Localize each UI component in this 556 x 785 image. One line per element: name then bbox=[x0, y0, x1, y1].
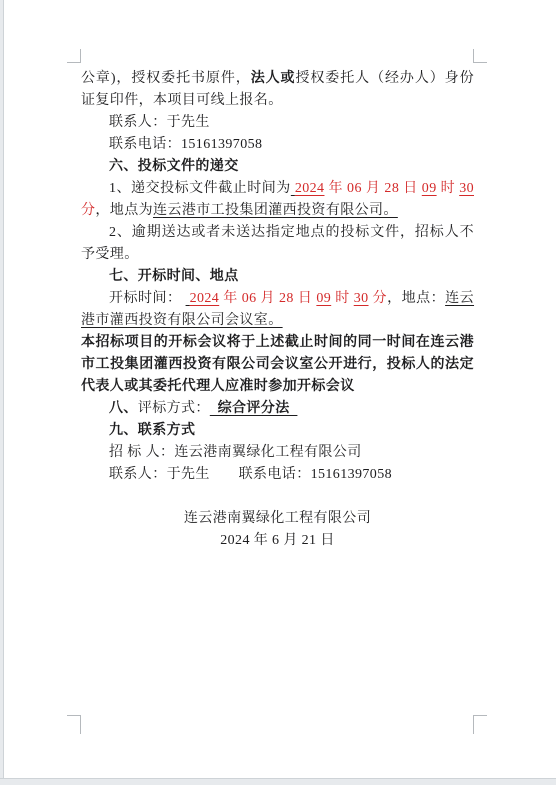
margin-mark-top-right bbox=[473, 49, 487, 63]
text-run: 七、开标时间、地点 bbox=[109, 269, 239, 284]
page-edge-bottom bbox=[0, 778, 556, 785]
text-run: 2024 bbox=[190, 291, 220, 306]
heading-section-seven: 七、开标时间、地点 bbox=[81, 266, 474, 288]
text-run: 法人或 bbox=[251, 71, 296, 86]
spacer-line bbox=[81, 486, 474, 508]
text-run: 连云港市工投集团灌西投资有限公司。 bbox=[153, 203, 398, 218]
para-tenderer: 招 标 人：连云港南翼绿化工程有限公司 bbox=[81, 442, 474, 464]
text-run: 时 bbox=[437, 181, 460, 196]
para-submission-deadline: 1、递交投标文件截止时间为 2024 年 06 月 28 日 09 时 30 分… bbox=[81, 178, 474, 222]
para-evaluation-method: 八、评标方式： 综合评分法 bbox=[81, 398, 474, 420]
signature-date: 2024 年 6 月 21 日 bbox=[81, 530, 474, 552]
text-run: 评标方式： bbox=[138, 401, 210, 416]
margin-mark-top-left bbox=[67, 49, 81, 63]
text-run: 六、投标文件的递交 bbox=[109, 159, 239, 174]
text-run: 年 06 月 28 日 bbox=[324, 181, 421, 196]
signature-company: 连云港南翼绿化工程有限公司 bbox=[81, 508, 474, 530]
para-contact-person: 联系人：于先生 bbox=[81, 112, 474, 134]
text-run: 八、 bbox=[109, 401, 138, 416]
text-run: 分 bbox=[81, 203, 95, 218]
heading-section-nine: 九、联系方式 bbox=[81, 420, 474, 442]
text-run: 开标时间： bbox=[109, 291, 182, 306]
margin-mark-bottom-right bbox=[473, 715, 487, 734]
text-run: 30 bbox=[459, 181, 474, 196]
text-run: 30 bbox=[354, 291, 369, 306]
text-run: 九、联系方式 bbox=[109, 423, 195, 438]
page-edge-left bbox=[0, 0, 4, 785]
text-run: 2024 年 6 月 21 日 bbox=[220, 533, 335, 548]
para-opening-meeting-notice: 本招标项目的开标会议将于上述截止时间的同一时间在连云港市工投集团灌西投资有限公司… bbox=[81, 332, 474, 398]
text-run: 综合评分法 bbox=[210, 401, 298, 416]
para-contact-phone: 联系电话：15161397058 bbox=[81, 134, 474, 156]
text-run: 联系人：于先生 联系电话：15161397058 bbox=[109, 467, 392, 482]
text-run: 本招标项目的开标会议将于上述截止时间的同一时间在连云港市工投集团灌西投资有限公司… bbox=[81, 335, 474, 394]
para-overdue-rejection: 2、逾期送达或者未送达指定地点的投标文件，招标人不予受理。 bbox=[81, 222, 474, 266]
text-run: 公章)，授权委托书原件， bbox=[81, 71, 251, 86]
text-run: ，地点为 bbox=[95, 203, 153, 218]
text-run: 09 bbox=[422, 181, 437, 196]
text-run: 联系人：于先生 bbox=[109, 115, 210, 130]
text-run: 1、递交投标文件截止时间为 bbox=[109, 181, 291, 196]
document-content[interactable]: 公章)，授权委托书原件，法人或授权委托人（经办人）身份证复印件，本项目可线上报名… bbox=[81, 68, 474, 552]
text-run: 时 bbox=[331, 291, 354, 306]
para-contact-line: 联系人：于先生 联系电话：15161397058 bbox=[81, 464, 474, 486]
text-run: 年 06 月 28 日 bbox=[219, 291, 316, 306]
heading-section-six: 六、投标文件的递交 bbox=[81, 156, 474, 178]
text-run: 分 bbox=[369, 291, 388, 306]
text-run: 连云港南翼绿化工程有限公司 bbox=[184, 511, 371, 526]
text-run: 09 bbox=[316, 291, 331, 306]
para-attachments: 公章)，授权委托书原件，法人或授权委托人（经办人）身份证复印件，本项目可线上报名… bbox=[81, 68, 474, 112]
margin-mark-bottom-left bbox=[67, 715, 81, 734]
text-run: ，地点： bbox=[387, 291, 445, 306]
text-run: 招 标 人：连云港南翼绿化工程有限公司 bbox=[109, 445, 362, 460]
para-opening-time: 开标时间： 2024 年 06 月 28 日 09 时 30 分，地点：连云港市… bbox=[81, 288, 474, 332]
document-page: 公章)，授权委托书原件，法人或授权委托人（经办人）身份证复印件，本项目可线上报名… bbox=[0, 0, 556, 785]
text-run: 2、逾期送达或者未送达指定地点的投标文件，招标人不予受理。 bbox=[81, 225, 474, 262]
text-run: 联系电话：15161397058 bbox=[109, 137, 262, 152]
text-run: 2024 bbox=[295, 181, 325, 196]
